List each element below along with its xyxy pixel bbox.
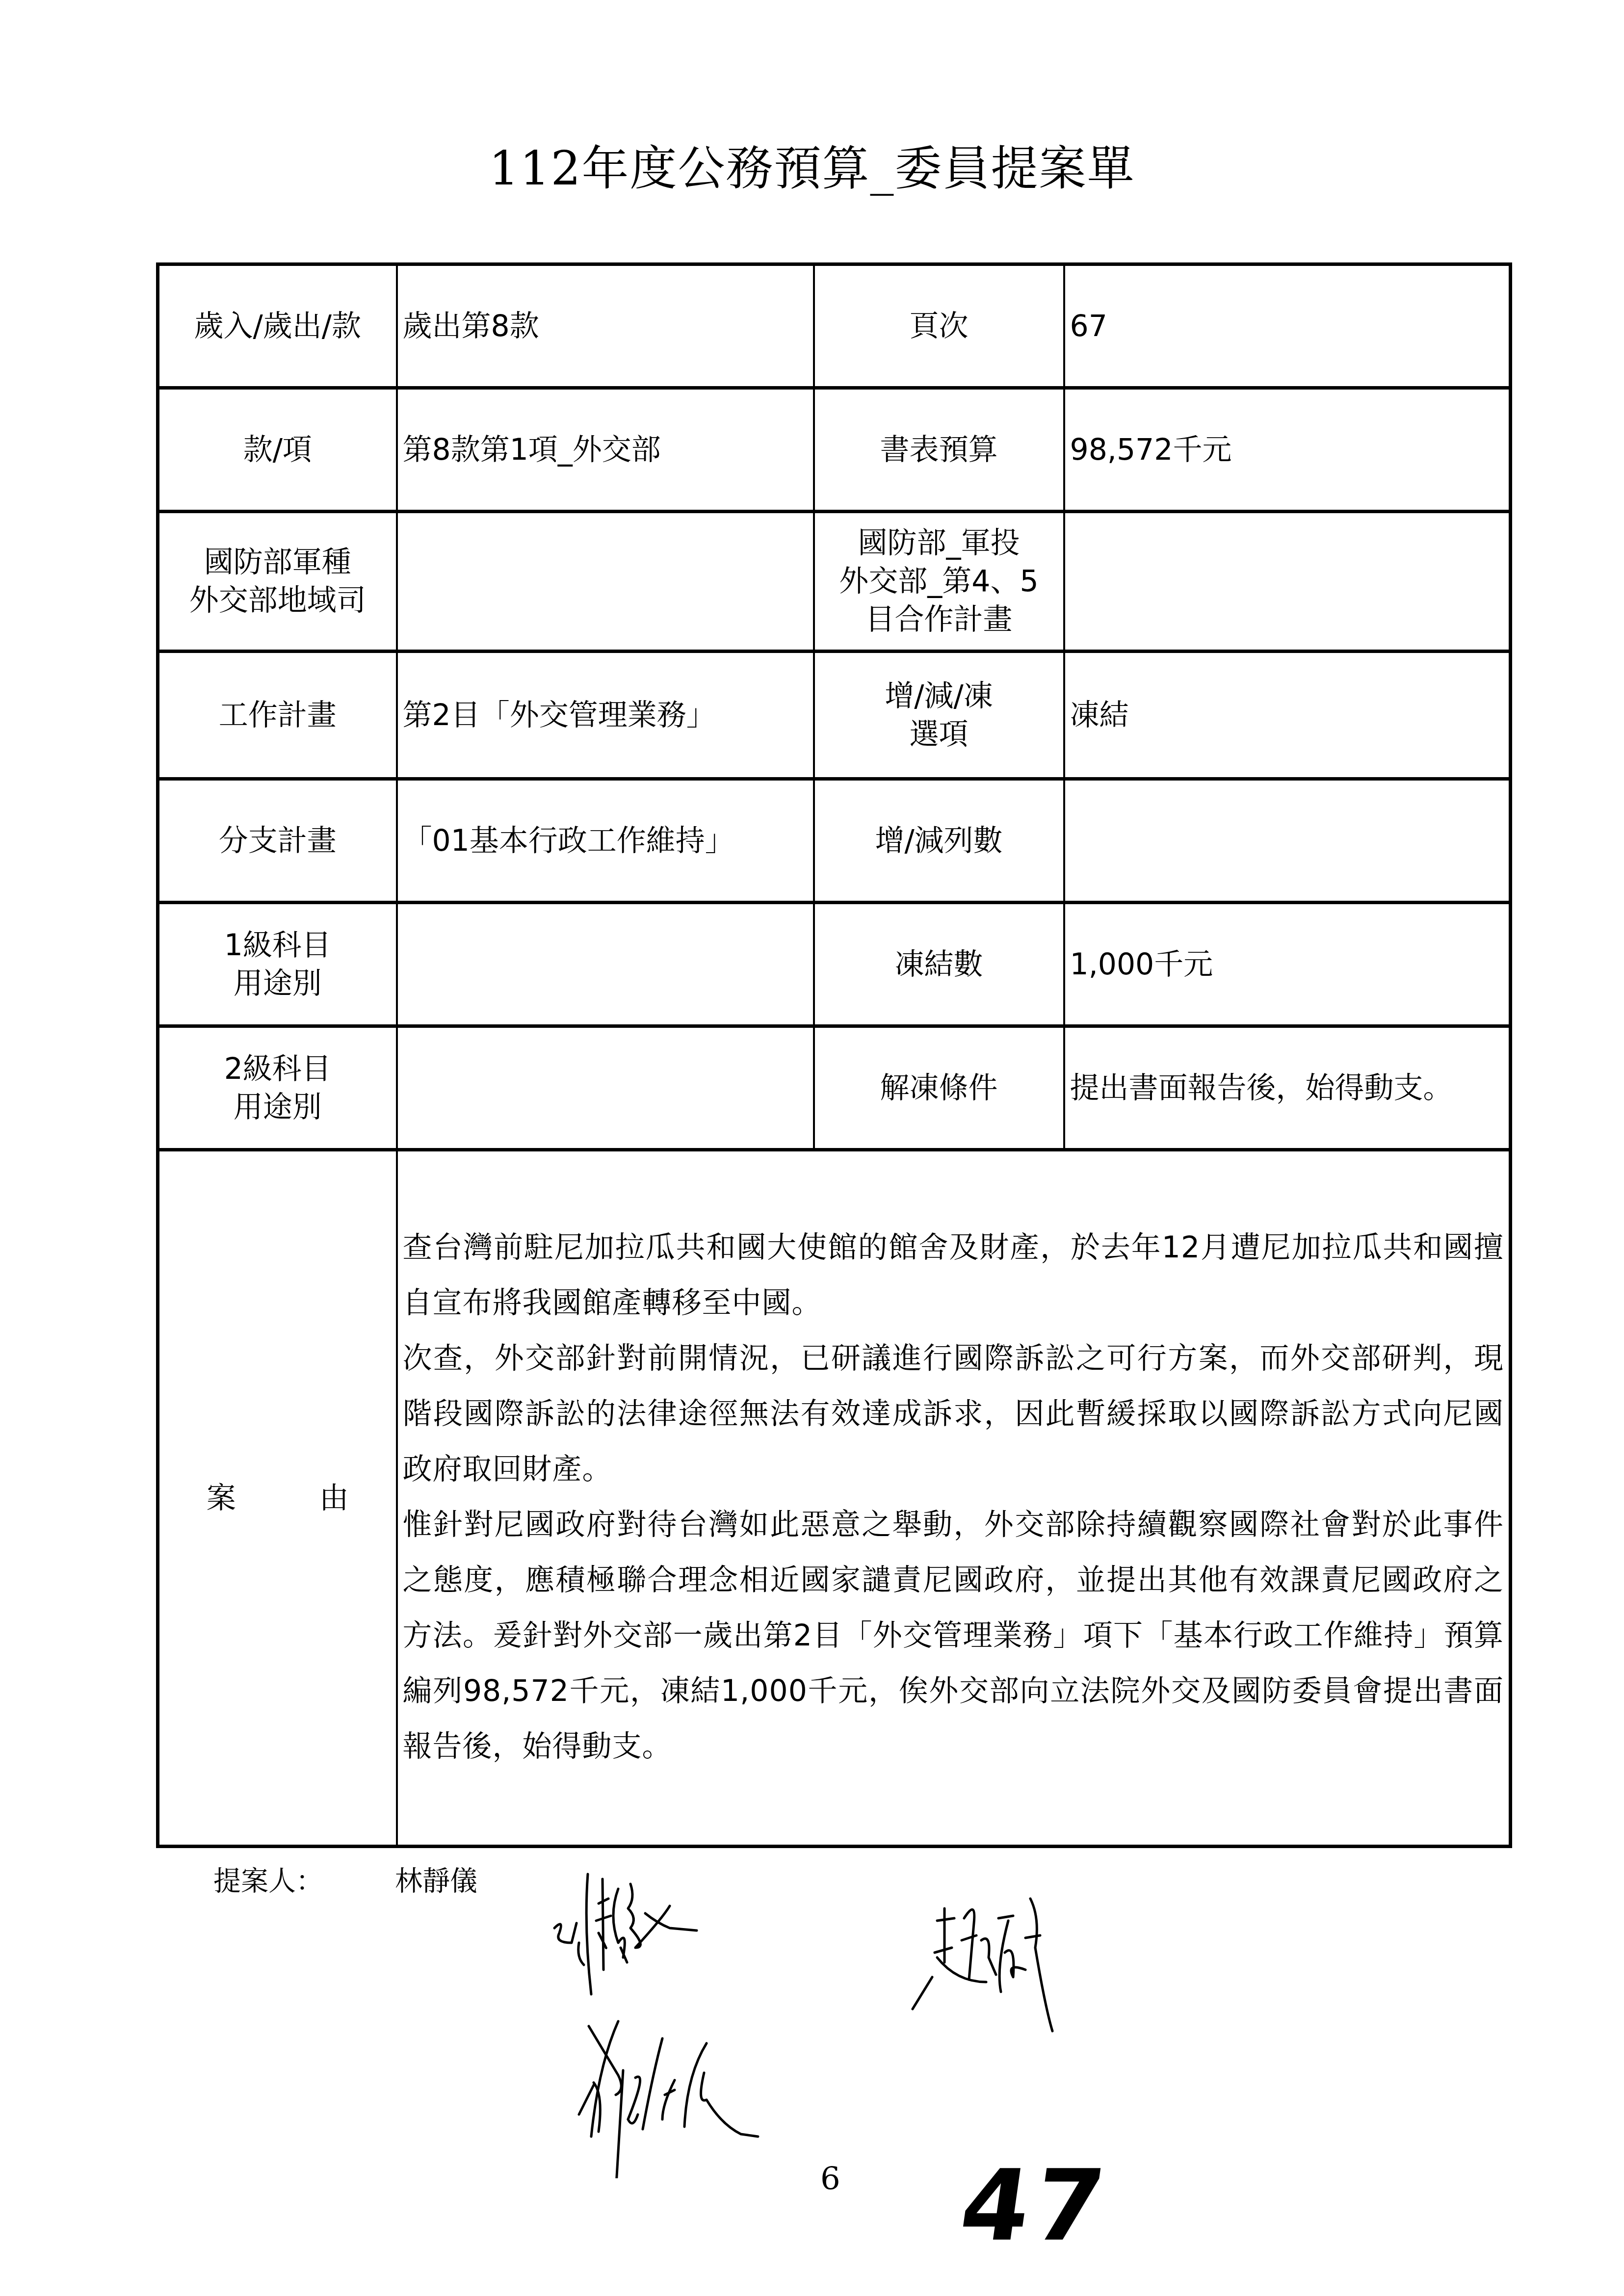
label-level1-account: 1級科目 用途別	[158, 903, 397, 1026]
label-freeze-amount: 凍結數	[814, 903, 1064, 1026]
form-row-level1: 1級科目 用途別 凍結數 1,000千元	[158, 903, 1511, 1026]
form-row-work-plan: 工作計畫 第2目「外交管理業務」 增/減/凍 選項 凍結	[158, 652, 1511, 779]
label-line: 2級科目	[164, 1050, 391, 1088]
value-section-item: 第8款第1項_外交部	[397, 388, 814, 512]
label-line: 國防部軍種	[164, 543, 391, 581]
label-level2-account: 2級科目 用途別	[158, 1026, 397, 1150]
reason-paragraph: 查台灣前駐尼加拉瓜共和國大使館的館舍及財產，於去年12月遭尼加拉瓜共和國擅自宣布…	[403, 1220, 1504, 1331]
label-action-option: 增/減/凍 選項	[814, 652, 1064, 779]
form-row-reason: 案由 查台灣前駐尼加拉瓜共和國大使館的館舍及財產，於去年12月遭尼加拉瓜共和國擅…	[158, 1150, 1511, 1847]
label-budget-type: 歲入/歲出/款	[158, 264, 397, 388]
label-sub-plan: 分支計畫	[158, 779, 397, 903]
value-sub-plan: 「01基本行政工作維持」	[397, 779, 814, 903]
label-line: 外交部地域司	[164, 581, 391, 620]
handwritten-signature-3	[564, 2016, 883, 2178]
value-book-budget: 98,572千元	[1064, 388, 1511, 512]
label-line: 目合作計畫	[820, 600, 1058, 639]
form-row-sub-plan: 分支計畫 「01基本行政工作維持」 增/減列數	[158, 779, 1511, 903]
value-unfreeze-condition: 提出書面報告後，始得動支。	[1064, 1026, 1511, 1150]
label-work-plan: 工作計畫	[158, 652, 397, 779]
form-row-item: 款/項 第8款第1項_外交部 書表預算 98,572千元	[158, 388, 1511, 512]
label-line: 外交部_第4、5	[820, 562, 1058, 600]
value-increase-decrease-amount	[1064, 779, 1511, 903]
label-line: 國防部_軍投	[820, 524, 1058, 562]
reason-paragraph: 惟針對尼國政府對待台灣如此惡意之舉動，外交部除持續觀察國際社會對於此事件之態度，…	[403, 1497, 1504, 1774]
label-reason: 案由	[158, 1150, 397, 1847]
label-page: 頁次	[814, 264, 1064, 388]
label-reason-char: 案	[207, 1481, 236, 1515]
label-military-branch-region: 國防部軍種 外交部地域司	[158, 512, 397, 652]
label-line: 1級科目	[164, 926, 391, 965]
label-increase-decrease-amount: 增/減列數	[814, 779, 1064, 903]
handwritten-page-number: 47	[954, 2149, 1116, 2263]
proposer-label: 提案人：	[213, 1865, 323, 1897]
value-budget-type: 歲出第8款	[397, 264, 814, 388]
proposal-form-table: 歲入/歲出/款 歲出第8款 頁次 67 款/項 第8款第1項_外交部 書表預算 …	[156, 262, 1512, 1848]
value-page: 67	[1064, 264, 1511, 388]
label-cooperation-plan: 國防部_軍投 外交部_第4、5 目合作計畫	[814, 512, 1064, 652]
value-military-branch-region	[397, 512, 814, 652]
label-reason-char: 由	[319, 1481, 349, 1515]
label-book-budget: 書表預算	[814, 388, 1064, 512]
label-line: 選項	[820, 715, 1058, 754]
page-number: 6	[820, 2161, 840, 2197]
label-line: 用途別	[164, 965, 391, 1003]
value-level1-account	[397, 903, 814, 1026]
label-line: 用途別	[164, 1088, 391, 1126]
value-freeze-amount: 1,000千元	[1064, 903, 1511, 1026]
proposer-line: 提案人： 林靜儀	[213, 1859, 323, 1899]
value-level2-account	[397, 1026, 814, 1150]
reason-paragraph: 次查，外交部針對前開情況，已研議進行國際訴訟之可行方案，而外交部研判，現階段國際…	[403, 1331, 1504, 1497]
document-title: 112年度公務預算_委員提案單	[0, 145, 1624, 192]
proposer-name: 林靜儀	[395, 1859, 477, 1899]
form-row-level2: 2級科目 用途別 解凍條件 提出書面報告後，始得動支。	[158, 1026, 1511, 1150]
value-work-plan: 第2目「外交管理業務」	[397, 652, 814, 779]
label-section-item: 款/項	[158, 388, 397, 512]
form-row-budget-type: 歲入/歲出/款 歲出第8款 頁次 67	[158, 264, 1511, 388]
value-cooperation-plan	[1064, 512, 1511, 652]
handwritten-signature-2	[883, 1879, 1128, 2036]
value-action-option: 凍結	[1064, 652, 1511, 779]
label-line: 增/減/凍	[820, 677, 1058, 715]
reason-text-block: 查台灣前駐尼加拉瓜共和國大使館的館舍及財產，於去年12月遭尼加拉瓜共和國擅自宣布…	[397, 1150, 1511, 1847]
label-unfreeze-condition: 解凍條件	[814, 1026, 1064, 1150]
form-row-division: 國防部軍種 外交部地域司 國防部_軍投 外交部_第4、5 目合作計畫	[158, 512, 1511, 652]
handwritten-signature-1	[550, 1869, 864, 2016]
